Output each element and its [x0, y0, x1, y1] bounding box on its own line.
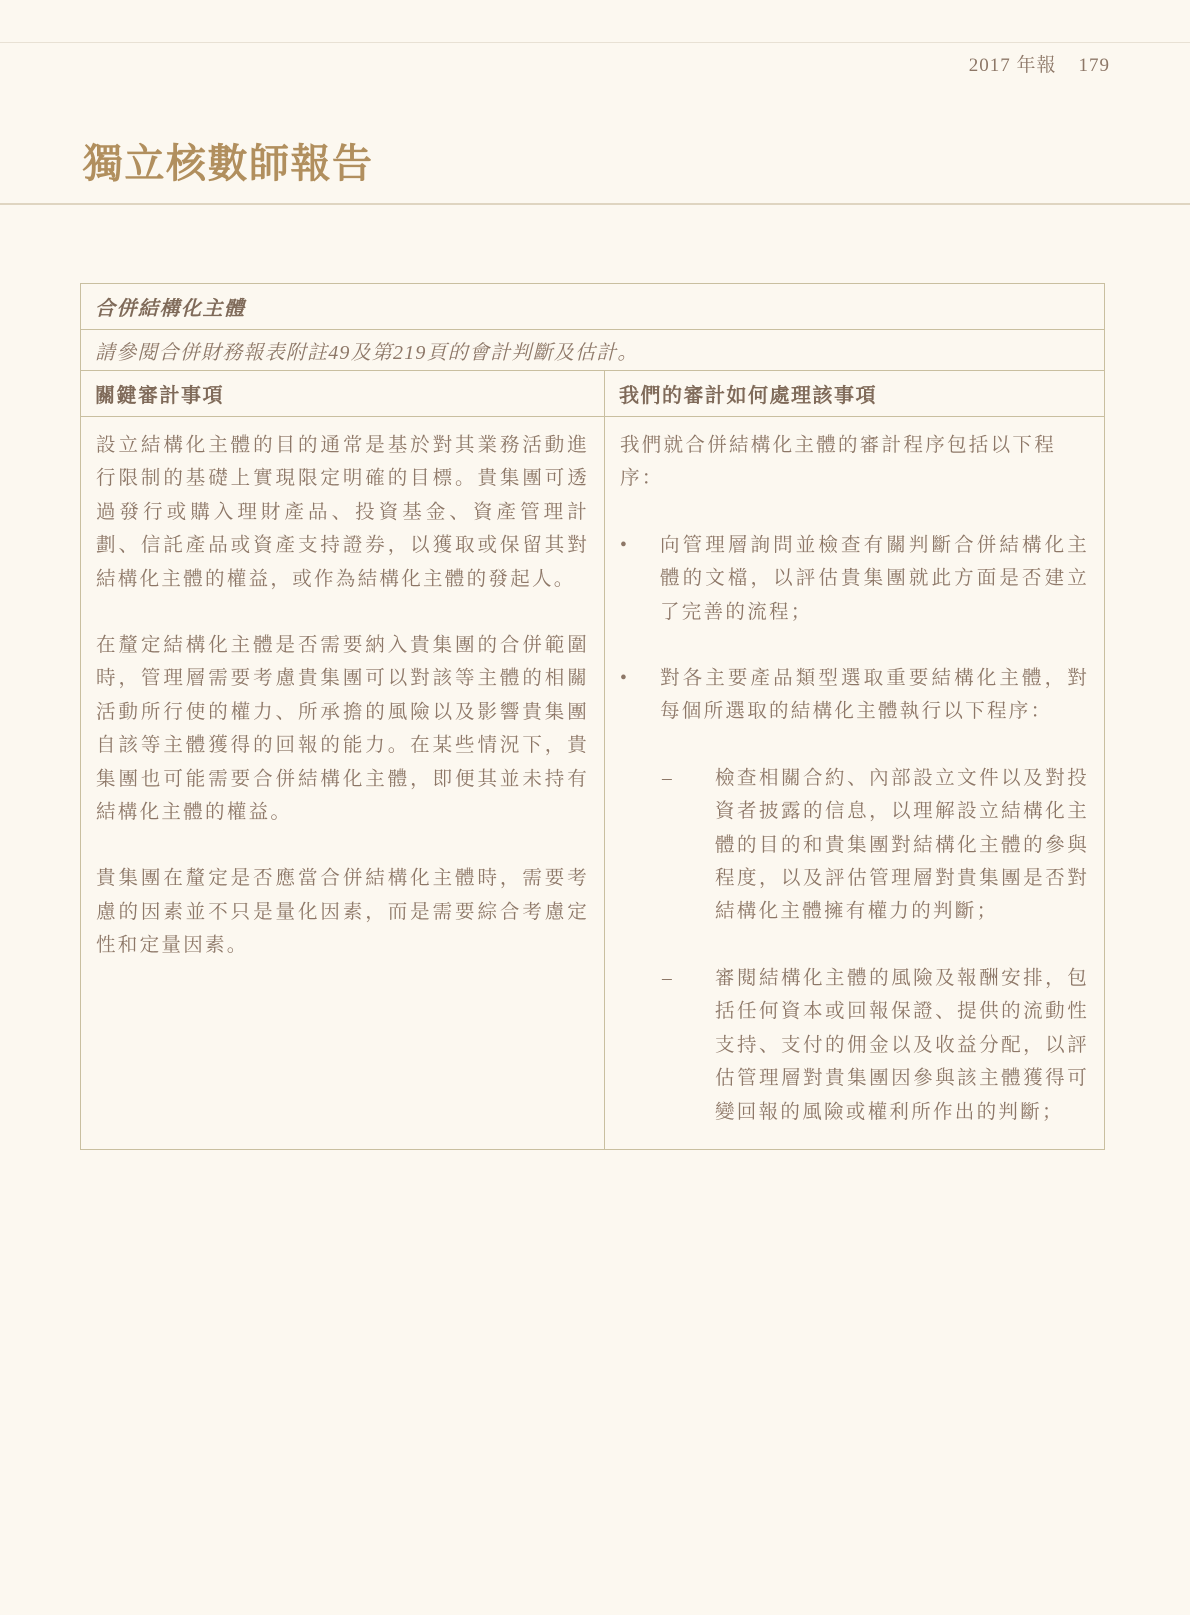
- kam-paragraph-3: 貴集團在釐定是否應當合併結構化主體時，需要考慮的因素並不只是量化因素，而是需要綜…: [96, 862, 589, 962]
- audit-response-cell: 我們就合併結構化主體的審計程序包括以下程序： • 向管理層詢問並檢查有關判斷合併…: [605, 417, 1104, 1149]
- section-title-row: 合併結構化主體: [81, 284, 1104, 330]
- reference-note-row: 請參閱合併財務報表附註49及第219頁的會計判斷及估計。: [81, 330, 1104, 371]
- page-title: 獨立核數師報告: [83, 132, 374, 189]
- section-title: 合併結構化主體: [95, 292, 246, 321]
- top-divider: [0, 42, 1190, 43]
- audit-bullet-2: • 對各主要產品類型選取重要結構化主體，對每個所選取的結構化主體執行以下程序：: [620, 662, 1089, 729]
- kam-paragraph-1: 設立結構化主體的目的通常是基於對其業務活動進行限制的基礎上實現限定明確的目標。貴…: [96, 429, 589, 596]
- reference-note: 請參閱合併財務報表附註49及第219頁的會計判斷及估計。: [95, 336, 639, 365]
- kam-paragraph-2: 在釐定結構化主體是否需要納入貴集團的合併範圍時，管理層需要考慮貴集團可以對該等主…: [96, 629, 589, 829]
- report-year-label: 2017 年報: [969, 50, 1057, 77]
- key-audit-matter-cell: 設立結構化主體的目的通常是基於對其業務活動進行限制的基礎上實現限定明確的目標。貴…: [81, 417, 605, 1149]
- table-body-row: 設立結構化主體的目的通常是基於對其業務活動進行限制的基礎上實現限定明確的目標。貴…: [81, 417, 1104, 1149]
- page-header: 2017 年報 179: [969, 50, 1110, 77]
- audit-sub-bullet-1: – 檢查相關合約、內部設立文件以及對投資者披露的信息，以理解設立結構化主體的目的…: [662, 762, 1089, 929]
- audit-bullet-2-text: 對各主要產品類型選取重要結構化主體，對每個所選取的結構化主體執行以下程序：: [660, 662, 1089, 729]
- audit-sub-bullet-2-text: 審閱結構化主體的風險及報酬安排，包括任何資本或回報保證、提供的流動性支持、支付的…: [715, 962, 1089, 1129]
- bullet-icon: •: [620, 662, 660, 729]
- right-column-header: 我們的審計如何處理該事項: [605, 371, 1104, 416]
- dash-icon: –: [662, 962, 715, 1129]
- bullet-icon: •: [620, 529, 660, 629]
- dash-icon: –: [662, 762, 715, 929]
- audit-sub-bullet-1-text: 檢查相關合約、內部設立文件以及對投資者披露的信息，以理解設立結構化主體的目的和貴…: [715, 762, 1089, 929]
- audit-bullet-1: • 向管理層詢問並檢查有關判斷合併結構化主體的文檔，以評估貴集團就此方面是否建立…: [620, 529, 1089, 629]
- audit-sub-bullet-2: – 審閱結構化主體的風險及報酬安排，包括任何資本或回報保證、提供的流動性支持、支…: [662, 962, 1089, 1129]
- key-audit-matter-table: 合併結構化主體 請參閱合併財務報表附註49及第219頁的會計判斷及估計。 關鍵審…: [80, 283, 1105, 1150]
- report-page: { "header": { "report_title": "2017 年報",…: [0, 0, 1190, 1615]
- page-number: 179: [1079, 55, 1111, 77]
- audit-response-intro: 我們就合併結構化主體的審計程序包括以下程序：: [620, 429, 1089, 496]
- title-divider: [0, 203, 1190, 205]
- left-column-header: 關鍵審計事項: [81, 371, 605, 416]
- audit-bullet-1-text: 向管理層詢問並檢查有關判斷合併結構化主體的文檔，以評估貴集團就此方面是否建立了完…: [660, 529, 1089, 629]
- column-header-row: 關鍵審計事項 我們的審計如何處理該事項: [81, 371, 1104, 417]
